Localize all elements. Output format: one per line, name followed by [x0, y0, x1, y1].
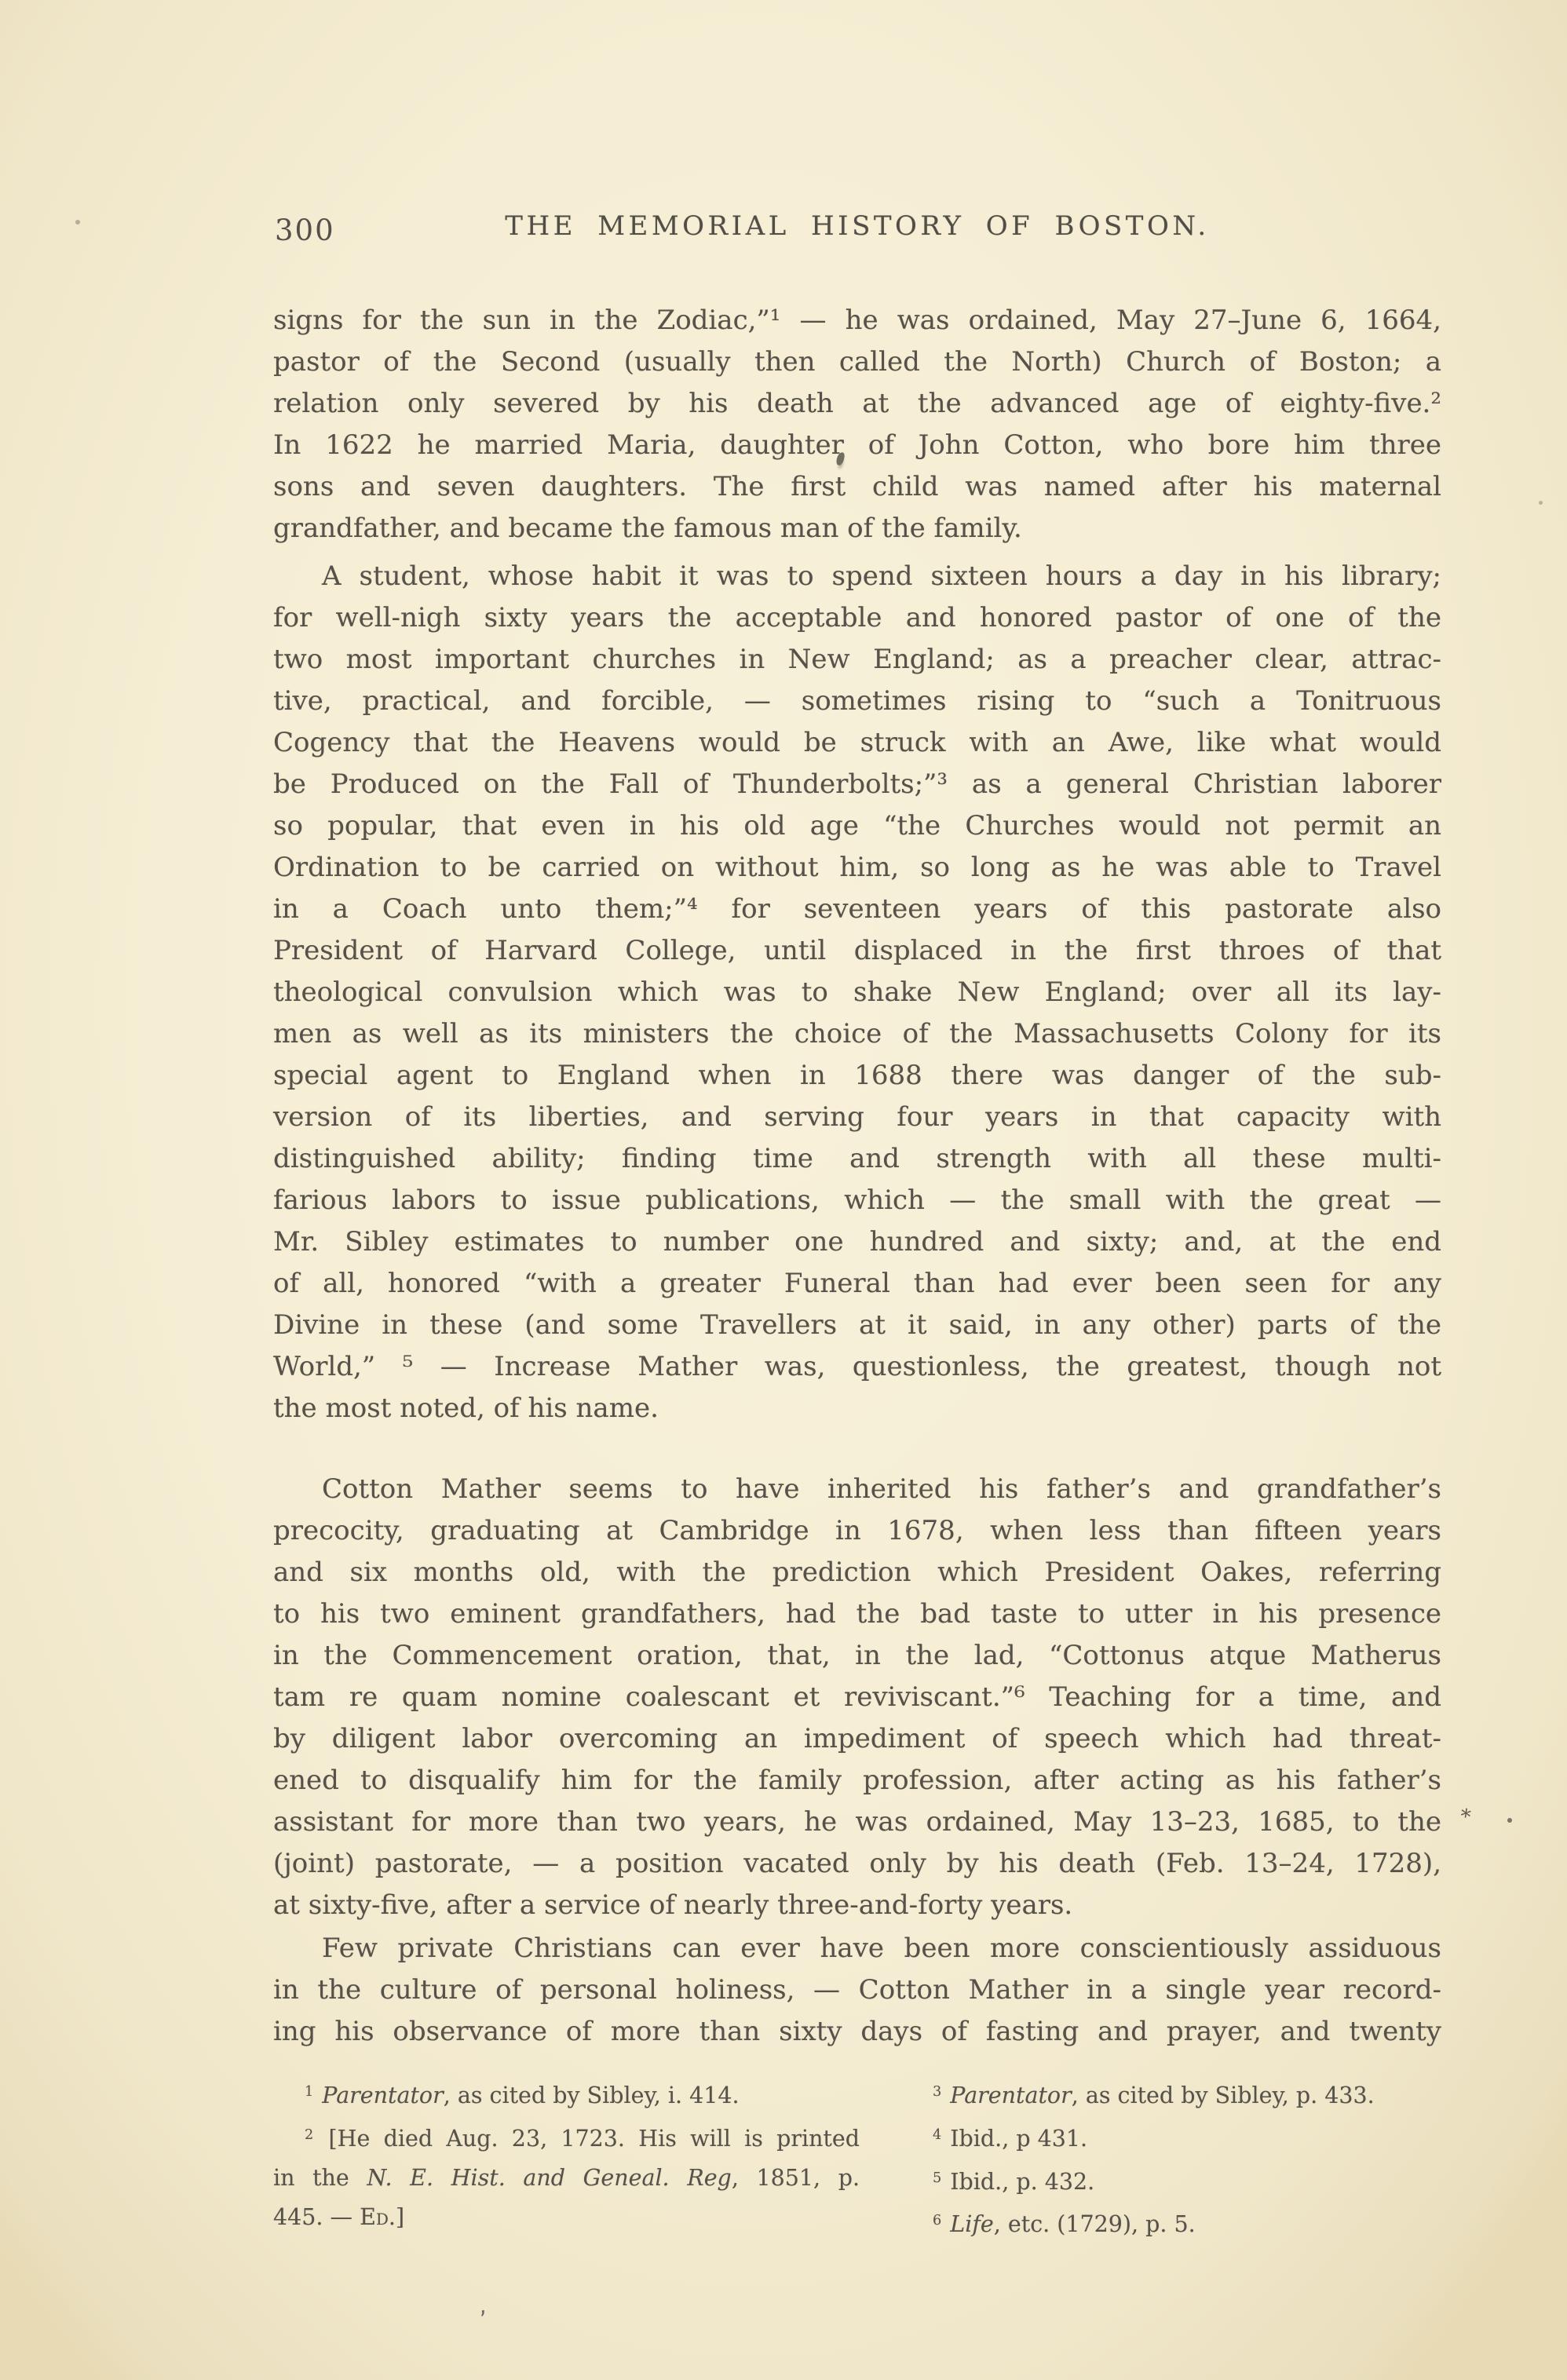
bottom-tick-artifact: ’: [477, 2305, 491, 2334]
footnote-marker: 5: [933, 2170, 943, 2186]
text-line: (joint) pastorate, — a position vacated …: [273, 1843, 1441, 1885]
text-line: A student, whose habit it was to spend s…: [273, 556, 1441, 597]
text-line: to his two eminent grandfathers, had the…: [273, 1593, 1441, 1635]
text-line: in the culture of personal holiness, — C…: [273, 1969, 1441, 2011]
running-title: THE MEMORIAL HISTORY OF BOSTON.: [273, 210, 1441, 242]
text-line: for well-nigh sixty years the acceptable…: [273, 597, 1441, 639]
footnote-text: , as cited by Sibley, i. 414.: [444, 2082, 740, 2108]
footnote-line: in the N. E. Hist. and Geneal. Reg, 1851…: [273, 2159, 860, 2198]
footnotes-left-column: 1 Parentator, as cited by Sibley, i. 414…: [273, 2072, 860, 2237]
text-line: in a Coach unto them;”⁴ for seventeen ye…: [273, 889, 1441, 930]
footnote-marker: 1: [305, 2084, 315, 2100]
text-line: Few private Christians can ever have bee…: [273, 1928, 1441, 1969]
margin-dot-artifact: [1507, 1818, 1512, 1823]
footnote-marker: 3: [933, 2084, 943, 2100]
footnote-line: 445. — Ed.]: [273, 2198, 860, 2237]
text-line: tam re quam nomine coalescant et revivis…: [273, 1677, 1441, 1718]
text-line: Ordination to be carried on without him,…: [273, 847, 1441, 889]
page-number: 300: [275, 214, 335, 247]
footnote-text: Parentator: [322, 2082, 443, 2108]
body-text: signs for the sun in the Zodiac,”¹ — he …: [273, 300, 1441, 2053]
footnote-text: [943, 2082, 950, 2108]
footnotes-right-column: 3 Parentator, as cited by Sibley, p. 433…: [901, 2072, 1441, 2244]
footnote-text: , as cited by Sibley, p. 433.: [1072, 2082, 1375, 2108]
text-line: of all, honored “with a greater Funeral …: [273, 1263, 1441, 1305]
page-header: 300 THE MEMORIAL HISTORY OF BOSTON.: [273, 210, 1441, 248]
text-line: so popular, that even in his old age “th…: [273, 805, 1441, 847]
paragraph: signs for the sun in the Zodiac,”¹ — he …: [273, 300, 1441, 549]
text-line: Divine in these (and some Travellers at …: [273, 1305, 1441, 1346]
text-line: World,” ⁵ — Increase Mather was, questio…: [273, 1346, 1441, 1388]
footnote-line: 4 Ibid., p 431.: [901, 2115, 1441, 2159]
text-line: in the Commencement oration, that, in th…: [273, 1635, 1441, 1677]
footnote-line: 3 Parentator, as cited by Sibley, p. 433…: [901, 2072, 1441, 2115]
book-page: 300 THE MEMORIAL HISTORY OF BOSTON. sign…: [0, 0, 1567, 2380]
text-line: In 1622 he married Maria, daughter of Jo…: [273, 425, 1441, 466]
dust-speck-artifact: [75, 220, 80, 224]
text-line: the most noted, of his name.: [273, 1388, 1441, 1429]
text-line: ing his observance of more than sixty da…: [273, 2011, 1441, 2053]
text-line: version of its liberties, and serving fo…: [273, 1097, 1441, 1138]
text-line: be Produced on the Fall of Thunderbolts;…: [273, 764, 1441, 805]
footnote-text: N. E. Hist. and Geneal. Reg: [367, 2165, 731, 2191]
text-line: relation only severed by his death at th…: [273, 383, 1441, 425]
text-line: tive, practical, and forcible, — sometim…: [273, 681, 1441, 722]
text-line: President of Harvard College, until disp…: [273, 930, 1441, 972]
text-line: and six months old, with the prediction …: [273, 1552, 1441, 1593]
text-line: Mr. Sibley estimates to number one hundr…: [273, 1221, 1441, 1263]
footnote-text: [He died Aug. 23, 1723. His will is prin…: [315, 2126, 860, 2152]
footnote-line: 6 Life, etc. (1729), p. 5.: [901, 2201, 1441, 2244]
text-line: special agent to England when in 1688 th…: [273, 1055, 1441, 1097]
paragraph: Cotton Mather seems to have inherited hi…: [273, 1469, 1441, 1926]
text-line: at sixty-five, after a service of nearly…: [273, 1885, 1441, 1926]
text-line: Cotton Mather seems to have inherited hi…: [273, 1469, 1441, 1510]
text-line: signs for the sun in the Zodiac,”¹ — he …: [273, 300, 1441, 341]
footnote-line: 2 [He died Aug. 23, 1723. His will is pr…: [273, 2115, 860, 2159]
footnote-text: Ibid., p. 432.: [943, 2168, 1094, 2194]
dust-speck-artifact: [1539, 501, 1543, 505]
text-line: two most important churches in New Engla…: [273, 639, 1441, 681]
text-line: ened to disqualify him for the family pr…: [273, 1760, 1441, 1801]
footnote-line: 1 Parentator, as cited by Sibley, i. 414…: [273, 2072, 860, 2115]
text-line: distinguished ability; finding time and …: [273, 1138, 1441, 1180]
paragraph: A student, whose habit it was to spend s…: [273, 556, 1441, 1429]
footnote-text: Ed.: [360, 2204, 396, 2230]
footnote-text: [315, 2082, 322, 2108]
margin-asterisk-artifact: *: [1459, 1805, 1472, 1830]
paragraph: Few private Christians can ever have bee…: [273, 1928, 1441, 2053]
footnote-text: [943, 2211, 950, 2237]
text-line: precocity, graduating at Cambridge in 16…: [273, 1510, 1441, 1552]
footnote-text: in the: [273, 2165, 367, 2191]
footnote-text: 445. —: [273, 2204, 360, 2230]
footnote-marker: 2: [305, 2127, 315, 2143]
text-line: men as well as its ministers the choice …: [273, 1013, 1441, 1055]
footnote-text: Life: [950, 2211, 993, 2237]
text-line: farious labors to issue publications, wh…: [273, 1180, 1441, 1221]
text-line: Cogency that the Heavens would be struck…: [273, 722, 1441, 764]
text-line: theological convulsion which was to shak…: [273, 972, 1441, 1013]
text-line: assistant for more than two years, he wa…: [273, 1801, 1441, 1843]
footnote-text: , 1851, p.: [732, 2165, 860, 2191]
footnote-text: Ibid., p 431.: [943, 2126, 1087, 2152]
footnote-text: ]: [396, 2204, 404, 2230]
text-line: sons and seven daughters. The first chil…: [273, 466, 1441, 508]
footnote-line: 5 Ibid., p. 432.: [901, 2159, 1441, 2202]
text-line: pastor of the Second (usually then calle…: [273, 341, 1441, 383]
text-line: grandfather, and became the famous man o…: [273, 508, 1441, 549]
footnote-text: , etc. (1729), p. 5.: [994, 2211, 1196, 2237]
text-line: by diligent labor overcoming an impedime…: [273, 1718, 1441, 1760]
footnote-marker: 4: [933, 2127, 943, 2143]
footnote-text: Parentator: [950, 2082, 1071, 2108]
footnote-marker: 6: [933, 2213, 943, 2229]
